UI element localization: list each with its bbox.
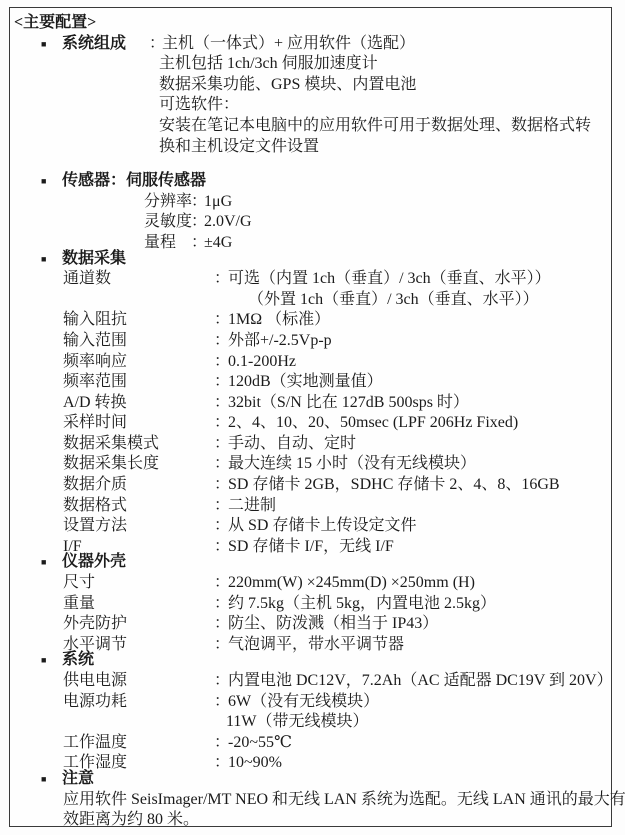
spec-row: 频率响应：0.1-200Hz: [10, 352, 611, 373]
spec-value: 最大连续 15 小时（没有无线模块）: [228, 454, 476, 475]
spec-label: 外壳防护: [63, 614, 127, 635]
section-heading: 系统组成: [62, 34, 126, 55]
bullet-icon: ■: [41, 552, 46, 573]
spec-label: 数据采集长度: [63, 454, 159, 475]
spec-page: <主要配置>■系统组成：主机（一体式）+ 应用软件（选配）主机包括 1ch/3c…: [0, 0, 625, 835]
doc-title: <主要配置>: [10, 13, 611, 34]
spec-label: 输入范围: [63, 331, 127, 352]
note-text: 应用软件 SeisImager/MT NEO 和无线 LAN 系统为选配。无线 …: [63, 791, 625, 808]
section-heading: 注意: [62, 769, 94, 790]
spec-label: 供电电源: [63, 671, 127, 692]
bullet-icon: ■: [41, 171, 46, 192]
spec-row: 数据介质：SD 存储卡 2GB，SDHC 存储卡 2、4、8、16GB: [10, 475, 611, 496]
spec-row: 输入阻抗：1MΩ （标准）: [10, 310, 611, 331]
spec-row: A/D 转换：32bit（S/N 比在 127dB 500sps 时）: [10, 393, 611, 414]
section-heading: 传感器：伺服传感器: [62, 171, 206, 192]
sensor-spec-row: 分辨率：1μG: [10, 192, 611, 213]
spec-value: 可选（内置 1ch（垂直）/ 3ch（垂直、水平））: [228, 269, 551, 290]
document-border: <主要配置>■系统组成：主机（一体式）+ 应用软件（选配）主机包括 1ch/3c…: [9, 7, 612, 827]
spec-row: 电源功耗：6W（没有无线模块）: [10, 692, 611, 713]
spec-label: 数据格式: [63, 496, 127, 517]
spec-value: 0.1-200Hz: [228, 352, 296, 373]
spec-label: 设置方法: [63, 516, 127, 537]
spec-label: 数据介质: [63, 475, 127, 496]
spec-value: 手动、自动、定时: [228, 434, 356, 455]
spec-value: 约 7.5kg（主机 5kg，内置电池 2.5kg）: [228, 594, 496, 615]
spec-value: 二进制: [228, 496, 276, 517]
spec-label: 频率响应: [63, 352, 127, 373]
spec-value: 外部+/-2.5Vp-p: [228, 331, 332, 352]
spec-row: 设置方法：从 SD 存储卡上传设定文件: [10, 516, 611, 537]
spec-row: 外壳防护：防尘、防泼溅（相当于 IP43）: [10, 614, 611, 635]
section-header: ■系统组成：主机（一体式）+ 应用软件（选配）: [10, 34, 611, 55]
spec-label: 尺寸: [63, 573, 95, 594]
spec-value: 220mm(W) ×245mm(D) ×250mm (H): [228, 573, 475, 594]
spec-label: 采样时间: [63, 413, 127, 434]
spec-value: 1MΩ （标准）: [228, 310, 330, 331]
continuation-text: 11W（带无线模块）: [226, 713, 369, 730]
bullet-icon: ■: [41, 34, 46, 55]
spec-row: 采样时间：2、4、10、20、50msec (LPF 206Hz Fixed): [10, 413, 611, 434]
spec-value: SD 存储卡 2GB，SDHC 存储卡 2、4、8、16GB: [228, 475, 560, 496]
spec-label: 工作温度: [63, 733, 127, 754]
continuation-line: 安装在笔记本电脑中的应用软件可用于数据处理、数据格式转: [10, 116, 611, 137]
spec-row: 工作温度：-20~55℃: [10, 733, 611, 754]
spec-label: 电源功耗: [63, 692, 127, 713]
spec-label: A/D 转换: [63, 393, 127, 414]
section-heading: 仪器外壳: [62, 552, 126, 573]
continuation-line: 换和主机设定文件设置: [10, 137, 611, 158]
spec-document: <主要配置>■系统组成：主机（一体式）+ 应用软件（选配）主机包括 1ch/3c…: [10, 13, 611, 831]
spec-value: -20~55℃: [228, 733, 292, 754]
spec-label: 灵敏度: [144, 212, 192, 233]
continuation-line: 可选软件：: [10, 95, 611, 116]
spec-row: 数据采集模式：手动、自动、定时: [10, 434, 611, 455]
bullet-icon: ■: [41, 650, 46, 671]
doc-title-text: <主要配置>: [14, 13, 96, 34]
spec-value: 120dB（实地测量值）: [228, 372, 383, 393]
bullet-icon: ■: [41, 769, 46, 790]
continuation-text: 安装在笔记本电脑中的应用软件可用于数据处理、数据格式转: [159, 117, 591, 134]
spec-label: 分辨率: [144, 192, 192, 213]
spec-value: 2.0V/G: [204, 212, 252, 233]
spec-row: 输入范围：外部+/-2.5Vp-p: [10, 331, 611, 352]
spec-label: 输入阻抗: [63, 310, 127, 331]
continuation-line: 11W（带无线模块）: [10, 712, 611, 733]
spec-row: 频率范围：120dB（实地测量值）: [10, 372, 611, 393]
section-header: ■注意: [10, 769, 611, 790]
continuation-text: 数据采集功能、GPS 模块、内置电池: [159, 76, 416, 93]
spec-row: 重量：约 7.5kg（主机 5kg，内置电池 2.5kg）: [10, 594, 611, 615]
spec-value: 6W（没有无线模块）: [228, 692, 379, 713]
continuation-line: 主机包括 1ch/3ch 伺服加速度计: [10, 54, 611, 75]
spec-row: 尺寸：220mm(W) ×245mm(D) ×250mm (H): [10, 573, 611, 594]
section-header: ■系统: [10, 650, 611, 671]
continuation-text: 可选软件：: [159, 96, 239, 113]
spec-label: 通道数: [63, 269, 111, 290]
spec-label: 频率范围: [63, 372, 127, 393]
section-heading: 数据采集: [62, 249, 126, 270]
spec-value: 从 SD 存储卡上传设定文件: [228, 516, 416, 537]
section-header: ■仪器外壳: [10, 552, 611, 573]
spec-value: 防尘、防泼溅（相当于 IP43）: [228, 614, 438, 635]
note-line: 效距离为约 80 米。: [10, 810, 611, 831]
spec-value: 2、4、10、20、50msec (LPF 206Hz Fixed): [228, 413, 518, 434]
section-header: ■传感器：伺服传感器: [10, 171, 611, 192]
spec-value: 主机（一体式）+ 应用软件（选配）: [162, 34, 415, 55]
spec-value: 1μG: [204, 192, 232, 213]
note-line: 应用软件 SeisImager/MT NEO 和无线 LAN 系统为选配。无线 …: [10, 790, 611, 811]
spacer: [10, 157, 611, 171]
spec-label: 数据采集模式: [63, 434, 159, 455]
spec-value: 内置电池 DC12V，7.2Ah（AC 适配器 DC19V 到 20V）: [228, 671, 613, 692]
continuation-line: （外置 1ch（垂直）/ 3ch（垂直、水平））: [10, 290, 611, 311]
section-header: ■数据采集: [10, 249, 611, 270]
spec-row: 供电电源：内置电池 DC12V，7.2Ah（AC 适配器 DC19V 到 20V…: [10, 671, 611, 692]
continuation-line: 数据采集功能、GPS 模块、内置电池: [10, 75, 611, 96]
sensor-spec-row: 灵敏度：2.0V/G: [10, 212, 611, 233]
spec-row: 数据采集长度：最大连续 15 小时（没有无线模块）: [10, 454, 611, 475]
note-text: 效距离为约 80 米。: [63, 811, 199, 828]
section-heading: 系统: [62, 650, 94, 671]
bullet-icon: ■: [41, 249, 46, 270]
continuation-text: 主机包括 1ch/3ch 伺服加速度计: [159, 55, 378, 72]
spec-row: 通道数：可选（内置 1ch（垂直）/ 3ch（垂直、水平））: [10, 269, 611, 290]
spec-label: 重量: [63, 594, 95, 615]
continuation-text: 换和主机设定文件设置: [159, 138, 319, 155]
continuation-text: （外置 1ch（垂直）/ 3ch（垂直、水平））: [248, 291, 539, 308]
spec-value: 32bit（S/N 比在 127dB 500sps 时）: [228, 393, 469, 414]
spec-row: 数据格式：二进制: [10, 496, 611, 517]
